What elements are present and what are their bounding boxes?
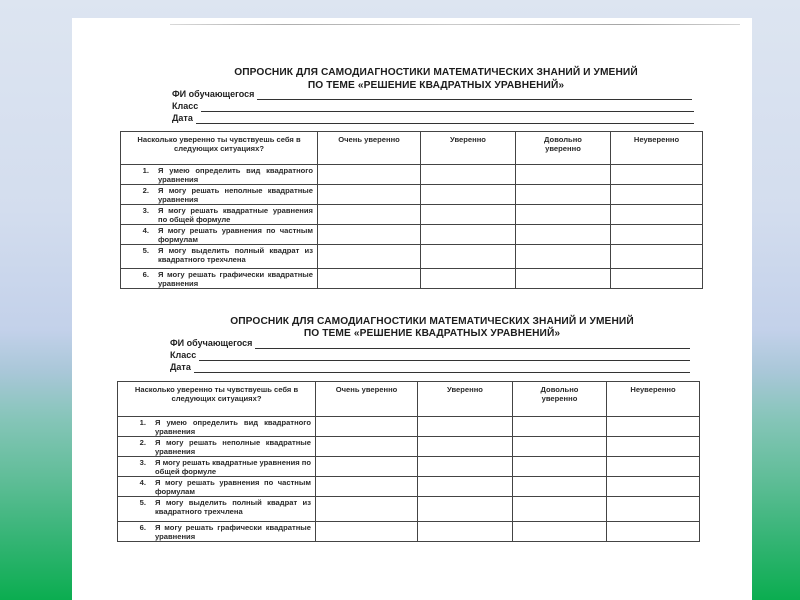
row-number: 1. [121, 166, 158, 184]
row-number: 5. [118, 498, 155, 516]
date-input-line[interactable] [196, 115, 694, 124]
student-name-field[interactable]: ФИ обучающегося [172, 89, 692, 100]
answer-cell[interactable] [418, 477, 513, 497]
header-confident: Уверенно [418, 382, 513, 417]
answer-cell[interactable] [421, 165, 516, 185]
table-header-row: Насколько уверенно ты чувствуешь себя в … [121, 132, 703, 165]
answer-cell[interactable] [316, 497, 418, 522]
answer-cell[interactable] [316, 417, 418, 437]
answer-cell[interactable] [318, 269, 421, 289]
answer-cell[interactable] [318, 245, 421, 269]
row-statement: Я могу решать графически квадратные урав… [155, 523, 311, 541]
form-title-line-1: ОПРОСНИК ДЛЯ САМОДИАГНОСТИКИ МАТЕМАТИЧЕС… [172, 316, 692, 328]
answer-cell[interactable] [418, 417, 513, 437]
answer-cell[interactable] [318, 205, 421, 225]
class-label: Класс [170, 350, 196, 361]
student-name-field[interactable]: ФИ обучающегося [170, 338, 690, 349]
answer-cell[interactable] [418, 437, 513, 457]
answer-cell[interactable] [611, 165, 703, 185]
answer-cell[interactable] [316, 437, 418, 457]
date-field[interactable]: Дата [170, 362, 690, 373]
self-assessment-table-1: Насколько уверенно ты чувствуешь себя в … [120, 131, 703, 289]
table-row: 6.Я могу решать графически квадратные ур… [121, 269, 703, 289]
table-header-row: Насколько уверенно ты чувствуешь себя в … [118, 382, 700, 417]
row-number: 4. [118, 478, 155, 496]
table-row: 1.Я умею определить вид квадратного урав… [118, 417, 700, 437]
table-row: 5.Я могу выделить полный квадрат из квад… [121, 245, 703, 269]
header-question: Насколько уверенно ты чувствуешь себя в … [121, 132, 318, 165]
answer-cell[interactable] [318, 185, 421, 205]
date-input-line[interactable] [194, 364, 690, 373]
answer-cell[interactable] [316, 522, 418, 542]
answer-cell[interactable] [611, 269, 703, 289]
answer-cell[interactable] [611, 205, 703, 225]
answer-cell[interactable] [513, 477, 607, 497]
header-confident: Уверенно [421, 132, 516, 165]
student-name-input-line[interactable] [257, 91, 692, 100]
row-statement: Я могу решать графически квадратные урав… [158, 270, 313, 288]
row-statement: Я умею определить вид квадратного уравне… [155, 418, 311, 436]
answer-cell[interactable] [316, 457, 418, 477]
table-row: 5.Я могу выделить полный квадрат из квад… [118, 497, 700, 522]
answer-cell[interactable] [607, 437, 700, 457]
answer-cell[interactable] [421, 269, 516, 289]
answer-cell[interactable] [513, 522, 607, 542]
row-number: 5. [121, 246, 158, 264]
class-field[interactable]: Класс [170, 350, 690, 361]
answer-cell[interactable] [418, 497, 513, 522]
row-number: 4. [121, 226, 158, 244]
table-row: 6.Я могу решать графически квадратные ур… [118, 522, 700, 542]
answer-cell[interactable] [607, 477, 700, 497]
row-statement: Я могу решать уравнения по частным форму… [155, 478, 311, 496]
header-very-confident: Очень уверенно [318, 132, 421, 165]
answer-cell[interactable] [607, 417, 700, 437]
answer-cell[interactable] [607, 497, 700, 522]
answer-cell[interactable] [421, 245, 516, 269]
answer-cell[interactable] [513, 457, 607, 477]
class-label: Класс [172, 101, 198, 112]
answer-cell[interactable] [611, 185, 703, 205]
row-number: 3. [121, 206, 158, 224]
class-input-line[interactable] [199, 352, 690, 361]
scan-artifact-line [170, 24, 740, 25]
row-statement: Я могу решать квадратные уравнения по об… [158, 206, 313, 224]
row-statement: Я умею определить вид квадратного уравне… [158, 166, 313, 184]
table-row: 3.Я могу решать квадратные уравнения по … [121, 205, 703, 225]
answer-cell[interactable] [421, 225, 516, 245]
student-name-input-line[interactable] [255, 340, 690, 349]
date-label: Дата [172, 113, 193, 124]
row-number: 2. [121, 186, 158, 204]
date-field[interactable]: Дата [172, 113, 694, 124]
answer-cell[interactable] [318, 225, 421, 245]
table-row: 4.Я могу решать уравнения по частным фор… [121, 225, 703, 245]
class-input-line[interactable] [201, 103, 694, 112]
answer-cell[interactable] [513, 497, 607, 522]
answer-cell[interactable] [611, 245, 703, 269]
student-name-label: ФИ обучающегося [172, 89, 254, 100]
answer-cell[interactable] [516, 185, 611, 205]
row-statement: Я могу решать неполные квадратные уравне… [158, 186, 313, 204]
answer-cell[interactable] [516, 245, 611, 269]
row-statement: Я могу выделить полный квадрат из квадра… [158, 246, 313, 264]
row-number: 1. [118, 418, 155, 436]
answer-cell[interactable] [418, 457, 513, 477]
row-number: 3. [118, 458, 155, 476]
date-label: Дата [170, 362, 191, 373]
header-not-confident: Неуверенно [607, 382, 700, 417]
table-row: 4.Я могу решать уравнения по частным фор… [118, 477, 700, 497]
answer-cell[interactable] [516, 269, 611, 289]
answer-cell[interactable] [421, 185, 516, 205]
answer-cell[interactable] [513, 417, 607, 437]
self-assessment-table-2: Насколько уверенно ты чувствуешь себя в … [117, 381, 700, 542]
header-question: Насколько уверенно ты чувствуешь себя в … [118, 382, 316, 417]
row-statement: Я могу решать неполные квадратные уравне… [155, 438, 311, 456]
table-row: 3.Я могу решать квадратные уравнения по … [118, 457, 700, 477]
header-very-confident: Очень уверенно [316, 382, 418, 417]
row-statement: Я могу выделить полный квадрат из квадра… [155, 498, 311, 516]
answer-cell[interactable] [316, 477, 418, 497]
answer-cell[interactable] [418, 522, 513, 542]
answer-cell[interactable] [607, 522, 700, 542]
class-field[interactable]: Класс [172, 101, 694, 112]
answer-cell[interactable] [421, 205, 516, 225]
answer-cell[interactable] [513, 437, 607, 457]
table-row: 2.Я могу решать неполные квадратные урав… [121, 185, 703, 205]
header-not-confident: Неуверенно [611, 132, 703, 165]
answer-cell[interactable] [516, 165, 611, 185]
scanned-document-page: ОПРОСНИК ДЛЯ САМОДИАГНОСТИКИ МАТЕМАТИЧЕС… [72, 18, 752, 600]
row-number: 6. [121, 270, 158, 288]
row-statement: Я могу решать уравнения по частным форму… [158, 226, 313, 244]
header-fairly-confident: Довольно уверенно [513, 382, 607, 417]
form-title-line-1: ОПРОСНИК ДЛЯ САМОДИАГНОСТИКИ МАТЕМАТИЧЕС… [176, 67, 696, 79]
table-row: 1.Я умею определить вид квадратного урав… [121, 165, 703, 185]
answer-cell[interactable] [516, 225, 611, 245]
row-number: 6. [118, 523, 155, 541]
answer-cell[interactable] [516, 205, 611, 225]
answer-cell[interactable] [318, 165, 421, 185]
questionnaire-form-2: ОПРОСНИК ДЛЯ САМОДИАГНОСТИКИ МАТЕМАТИЧЕС… [170, 314, 690, 384]
row-statement: Я могу решать квадратные уравнения по об… [155, 458, 311, 476]
answer-cell[interactable] [611, 225, 703, 245]
table-row: 2.Я могу решать неполные квадратные урав… [118, 437, 700, 457]
header-fairly-confident: Довольно уверенно [516, 132, 611, 165]
student-name-label: ФИ обучающегося [170, 338, 252, 349]
answer-cell[interactable] [607, 457, 700, 477]
row-number: 2. [118, 438, 155, 456]
